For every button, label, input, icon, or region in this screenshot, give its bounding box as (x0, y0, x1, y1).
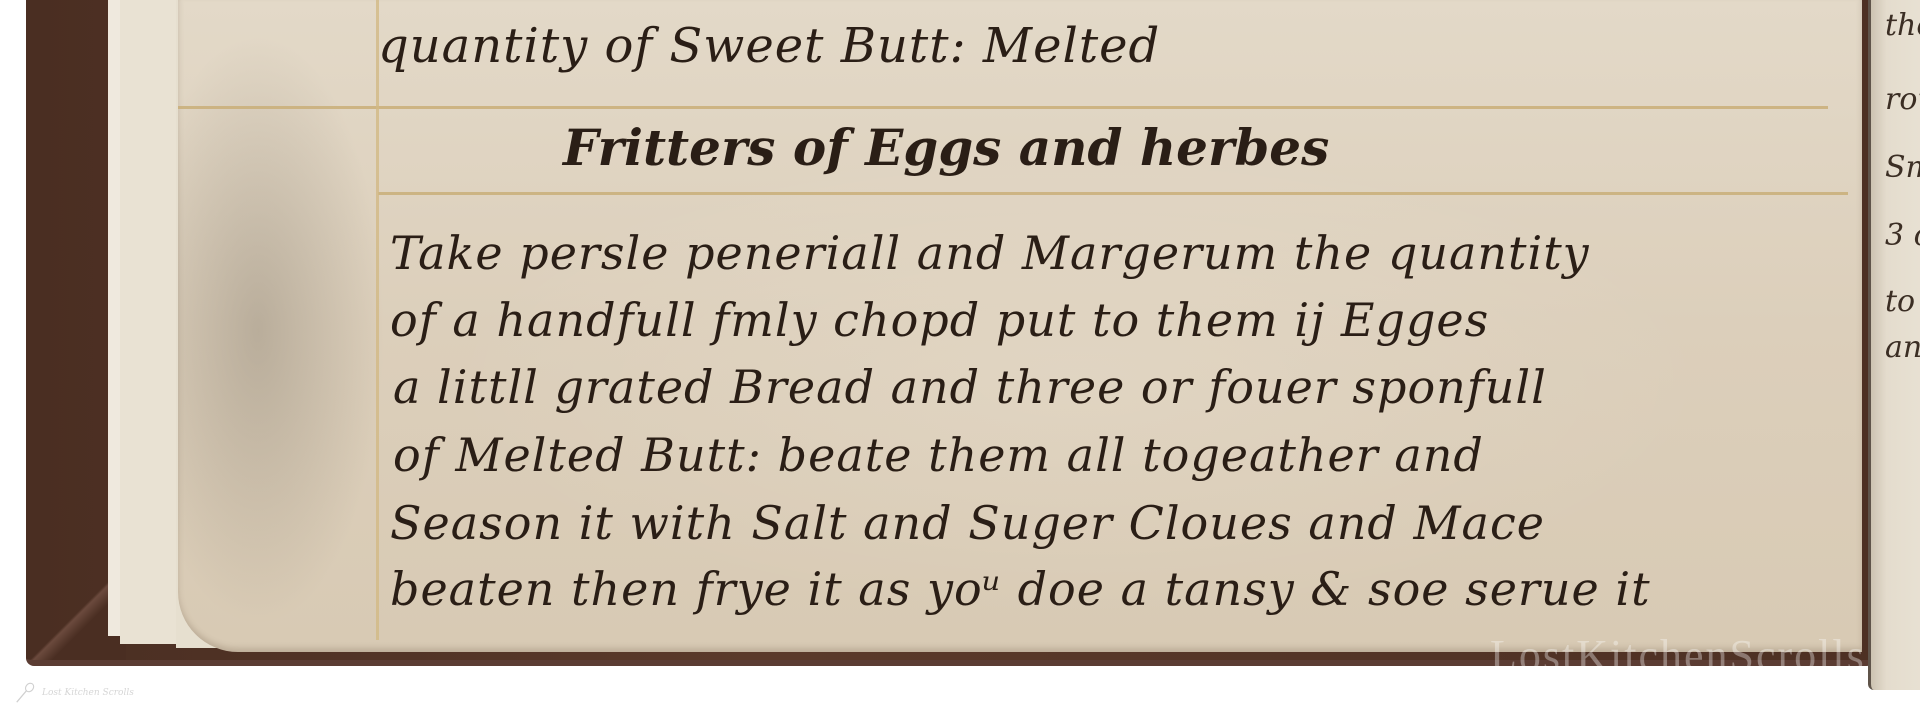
spoon-icon (14, 682, 36, 704)
watermark-large: LostKitchenScrolls (1490, 630, 1866, 681)
manuscript-page: quantity of Sweet Butt: Melted Fritters … (178, 0, 1862, 652)
facing-page-fragment: roun (1885, 82, 1920, 117)
recipe-line: a littll grated Bread and three or fouer… (393, 364, 1547, 410)
ruled-line (178, 106, 1828, 109)
ruled-line (378, 192, 1848, 195)
watermark-small: Lost Kitchen Scrolls (14, 682, 134, 704)
watermark-small-text: Lost Kitchen Scrolls (42, 688, 134, 698)
margin-rule (376, 0, 379, 640)
recipe-line: beaten then frye it as yoᵘ doe a tansy &… (390, 566, 1651, 612)
facing-page-fragment: them (1885, 8, 1920, 43)
recipe-line: Take persle peneriall and Margerum the q… (390, 230, 1590, 276)
facing-page-fragment: Sma (1885, 150, 1920, 185)
facing-page-fragment: to g (1885, 284, 1920, 319)
previous-recipe-line: quantity of Sweet Butt: Melted (378, 22, 1160, 70)
facing-page: them roun Sma 3 on to g and (1868, 0, 1920, 690)
page-edge-leaf (120, 0, 181, 644)
recipe-line: of a handfull fmly chopd put to them ij … (390, 297, 1489, 343)
recipe-title: Fritters of Eggs and herbes (563, 118, 1329, 177)
recipe-line: Season it with Salt and Suger Cloues and… (390, 500, 1545, 546)
facing-page-fragment: and (1885, 330, 1920, 365)
facing-page-fragment: 3 on (1885, 218, 1920, 253)
recipe-line: of Melted Butt: beate them all togeather… (393, 432, 1484, 478)
